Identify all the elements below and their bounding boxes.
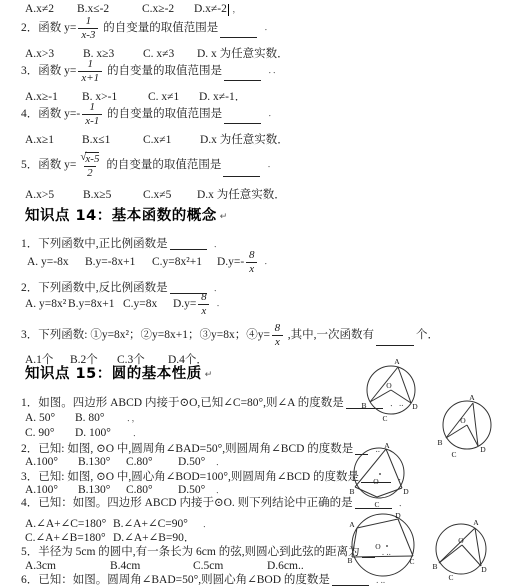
denominator: x-3 [78, 28, 98, 41]
text-segment: C.∠A+∠B=180° [25, 531, 106, 546]
text-run: D.x≠-2 [194, 3, 227, 16]
question-domain-3: 3．函数 y=1x+1 的自变量的取值范围是 ．． [0, 59, 515, 83]
text-segment: B.x≥5 [83, 188, 111, 203]
text-run: D.x 为任意实数． [197, 189, 286, 202]
fig-inscribed-central-angle-2: AOBCD [430, 393, 494, 461]
text-segment: D.x≠-2， [194, 2, 241, 17]
text-run: A. y=8x² [25, 298, 66, 311]
text-run: A. 50° [25, 412, 55, 425]
fraction: √x-52 [78, 152, 101, 179]
point-label-O: O [386, 381, 392, 390]
fraction: 1x+1 [78, 59, 102, 84]
text-segment: ． [130, 426, 142, 441]
text-run: 3．已知: 如图, ⊙O 中,圆心角∠BOD=100°,则圆周角∠BCD 的度数… [21, 471, 359, 484]
text-run: D.∠A+∠B=90． [113, 532, 195, 545]
point-label-A: A [384, 441, 390, 450]
text-segment: A.x≥1 [25, 133, 54, 148]
text-run: B.x≤1 [82, 134, 110, 147]
text-run: B.y=-8x+1 [85, 256, 135, 269]
question-basic-3: 3．下列函数: ①y=8x²；②y=8x+1；③y=8x；④y=8x ,其中,一… [0, 322, 515, 348]
question-domain-2: 2．函数 y=1x-3 的自变量的取值范围是 ． [0, 16, 515, 40]
chord-BC [352, 556, 413, 557]
text-segment: D.x 为任意实数． [200, 133, 289, 148]
text-segment: C.5cm [193, 559, 223, 574]
text-run: 知识点 15：圆的基本性质 [25, 367, 202, 383]
numerator: 8 [273, 323, 283, 335]
answer-blank [223, 165, 260, 177]
text-segment: A.x>5 [25, 188, 54, 203]
formatting-mark: ↵ [205, 370, 213, 380]
text-run: 的自变量的取值范围是 [104, 108, 222, 121]
fig-inscribed-central-angle-1: AOBCD [360, 355, 422, 423]
point-label-D: D [412, 402, 418, 411]
chord-AD [398, 367, 411, 403]
text-run: D.6cm.. [267, 560, 304, 573]
question-domain-5: 5．函数 y=√x-52 的自变量的取值范围是 ． [0, 151, 515, 179]
point-label-D: D [481, 565, 487, 574]
text-segment: B.4cm [110, 559, 140, 574]
text-segment: A. 50° [25, 411, 55, 426]
text-segment: ． [213, 455, 225, 470]
text-run: D.y= [173, 298, 196, 311]
text-segment: ．， [124, 411, 141, 426]
text-segment: ． [200, 517, 212, 532]
text-segment: C.x≠5 [143, 188, 171, 203]
text-run: ,其中,一次函数有 [285, 329, 374, 342]
text-run: A.∠A+∠C=180° [25, 518, 106, 531]
point-label-O: O [373, 477, 379, 486]
options-row-domain-q5: A.x>5B.x≥5C.x≠5D.x 为任意实数． [0, 188, 515, 203]
text-segment: C.y=8x [123, 292, 157, 316]
text-segment: 3．下列函数: ①y=8x²；②y=8x+1；③y=8x；④y=8x ,其中,一… [21, 322, 439, 348]
text-segment: A.∠A+∠C=180° [25, 517, 106, 532]
text-run: B.4cm [110, 560, 140, 573]
formatting-mark: ．． [266, 66, 282, 76]
text-segment: A. y=-8x [27, 250, 69, 274]
text-segment: C.x≥-2 [142, 2, 174, 17]
text-run: C.x≠5 [143, 189, 171, 202]
text-segment: A. y=8x² [25, 292, 66, 316]
answer-blank [170, 238, 207, 250]
fraction: 1x-1 [82, 102, 102, 127]
fig-inscribed-central-angle-3: AOBCD [430, 517, 494, 585]
formatting-mark: ．， [127, 414, 141, 424]
chord-OB [439, 545, 462, 563]
text-run: C.5cm [193, 560, 223, 573]
chord-AB [355, 449, 386, 487]
text-run: B. 80° [75, 412, 105, 425]
point-label-D: D [395, 511, 401, 520]
text-run: B.2个 [70, 354, 98, 367]
options-row-basic-1: A. y=-8xB.y=-8x+1C.y=8x²+1D.y=-8x ． [0, 250, 515, 274]
text-segment: 知识点 14：基本函数的概念↵ [25, 208, 228, 226]
numerator: √x-5 [78, 152, 101, 166]
text-run: B.y=8x+1 [68, 298, 115, 311]
text-run: C.80° [126, 484, 153, 497]
text-run: 3．下列函数: ①y=8x²；②y=8x+1；③y=8x；④y= [21, 329, 270, 342]
text-run: C.80° [126, 456, 153, 469]
text-run: A.x≠2 [25, 3, 54, 16]
formatting-mark: ． [216, 458, 225, 468]
fig-cyclic-quadrilateral-bc-chord: ADOBC [348, 512, 420, 580]
document-page[interactable]: A.x≠2B.x≤-2C.x≥-2D.x≠-2，2．函数 y=1x-3 的自变量… [0, 0, 515, 587]
point-label-B: B [437, 438, 442, 447]
text-run: A.x≥1 [25, 134, 54, 147]
point-label-B: B [432, 562, 437, 571]
text-run: D.y=- [217, 256, 244, 269]
text-segment: B.y=-8x+1 [85, 250, 135, 274]
text-run: C.y=8x²+1 [152, 256, 202, 269]
text-segment: B.∠A+∠C=90° [113, 517, 188, 532]
text-run: B.130° [78, 456, 110, 469]
denominator: x [272, 335, 283, 348]
text-run: C.y=8x [123, 298, 157, 311]
text-run: A.100° [25, 456, 58, 469]
text-run: A.x>5 [25, 189, 54, 202]
text-segment: B.x≤1 [82, 133, 110, 148]
text-segment: C.x≠1 [143, 133, 171, 148]
chord-DC [398, 519, 413, 556]
formatting-mark: ． [266, 109, 277, 119]
text-run: 4．函数 y=- [21, 108, 80, 121]
text-run: C. 90° [25, 427, 55, 440]
formatting-mark: ↵ [220, 212, 228, 222]
point-label-C: C [409, 557, 414, 566]
center-dot [379, 473, 381, 475]
text-run: C.x≠1 [143, 134, 171, 147]
text-run: A.1个 [25, 354, 53, 367]
text-run: 6．已知：如图。圆周角∠BAD=50°,则圆心角∠BOD 的度数是 [21, 574, 330, 587]
answer-blank [224, 69, 261, 81]
text-segment: D.6cm.. [267, 559, 304, 574]
text-run: B.∠A+∠C=90° [113, 518, 188, 531]
denominator: x [246, 262, 257, 275]
text-segment: 5．半径为 5cm 的圆中,有一条长为 6cm 的弦,则圆心到此弦的距离为 . … [21, 545, 391, 560]
text-run: 的自变量的取值范围是 [100, 22, 218, 35]
formatting-mark: ， [232, 5, 241, 15]
chord-BC [355, 487, 377, 497]
text-run: B.x≤-2 [77, 3, 109, 16]
text-segment: 6．已知：如图。圆周角∠BAD=50°,则圆心角∠BOD 的度数是 . .. [21, 573, 385, 587]
numerator: 1 [87, 102, 97, 114]
question-domain-4: 4．函数 y=-1x-1 的自变量的取值范围是 ． [0, 102, 515, 126]
options-row-domain-q1: A.x≠2B.x≤-2C.x≥-2D.x≠-2， [0, 2, 515, 17]
text-run: B.x≥5 [83, 189, 111, 202]
question-circle-4: 4．已知：如图。四边形 ABCD 内接于⊙O. 则下列结论中正确的是 ． [0, 496, 515, 511]
text-segment: B.y=8x+1 [68, 292, 115, 316]
chord-AD [473, 403, 478, 446]
text-run: 2．已知: 如图, ⊙O 中,圆周角∠BAD=50°,则圆周角∠BCD 的度数是 [21, 443, 353, 456]
formatting-mark: ． [212, 240, 223, 250]
point-label-B: B [349, 487, 354, 496]
numerator: 8 [247, 250, 257, 262]
point-label-A: A [349, 520, 355, 529]
formatting-mark: ． [262, 23, 273, 33]
point-label-A: A [473, 518, 479, 527]
heading-topic-14: 知识点 14：基本函数的概念↵ [0, 208, 515, 226]
text-run: 个． [416, 329, 439, 342]
text-segment: D.y=-8x ． [217, 250, 273, 274]
chord-OD [391, 390, 411, 403]
text-segment: 2．函数 y=1x-3 的自变量的取值范围是 ． [21, 16, 274, 40]
fraction: 8x [198, 292, 209, 317]
text-run: 4．已知：如图。四边形 ABCD 内接于⊙O. 则下列结论中正确的是 [21, 497, 353, 510]
point-label-D: D [480, 445, 486, 454]
text-run: 5．函数 y= [21, 159, 76, 172]
text-run: B.130° [78, 484, 110, 497]
text-segment: A.x≠2 [25, 2, 54, 17]
point-label-C: C [374, 500, 379, 509]
point-label-C: C [382, 414, 387, 423]
chord-BA [439, 528, 475, 563]
formatting-mark: ． [214, 299, 225, 309]
text-segment: B. 80° [75, 411, 105, 426]
text-segment: D.∠A+∠B=90． [113, 531, 195, 546]
text-run: 5．半径为 5cm 的圆中,有一条长为 6cm 的弦,则圆心到此弦的距离为 [21, 546, 360, 559]
formatting-mark: ． [203, 520, 212, 530]
text-segment: 知识点 15：圆的基本性质↵ [25, 366, 213, 384]
text-segment: 4．函数 y=-1x-1 的自变量的取值范围是 ． [21, 102, 277, 126]
numerator: 8 [199, 292, 209, 304]
fraction: 8x [246, 250, 257, 275]
text-run: 1．如图。四边形 ABCD 内接于⊙O,已知∠C=80°,则∠A 的度数是 [21, 397, 344, 410]
answer-blank [224, 112, 261, 124]
text-run: 3．函数 y= [21, 65, 76, 78]
chord-AD [357, 519, 398, 528]
text-run: 知识点 14：基本函数的概念 [25, 209, 217, 225]
text-run: 的自变量的取值范围是 [104, 65, 222, 78]
chord-OB [370, 390, 391, 402]
text-run: C.∠A+∠B=180° [25, 532, 106, 545]
answer-blank [376, 334, 414, 346]
text-segment: D.50° [178, 455, 205, 470]
text-run: 的自变量的取值范围是 [103, 159, 221, 172]
text-run: D.x 为任意实数． [200, 134, 289, 147]
text-segment: A.3cm [25, 559, 56, 574]
text-run: D.4个． [168, 354, 208, 367]
point-label-B: B [347, 556, 352, 565]
text-run: D.50° [178, 484, 205, 497]
point-label-C: C [451, 450, 456, 459]
text-segment: C.y=8x²+1 [152, 250, 202, 274]
text-run: C.x≥-2 [142, 3, 174, 16]
text-segment: C.80° [126, 455, 153, 470]
point-label-A: A [394, 357, 400, 366]
radicand: x-5 [85, 152, 99, 165]
point-label-A: A [469, 393, 475, 402]
fraction: 1x-3 [78, 16, 98, 41]
text-run: A. y=-8x [27, 256, 69, 269]
chord-AD [386, 449, 402, 488]
denominator: x [198, 304, 209, 317]
text-run: D. 100° [75, 427, 111, 440]
formatting-mark: ． [262, 257, 273, 267]
chord-OB [446, 425, 467, 438]
text-run: 2．函数 y= [21, 22, 76, 35]
text-segment: B.130° [78, 455, 110, 470]
text-segment: D.y=8x ． [173, 292, 226, 316]
text-run: C.3个 [117, 354, 145, 367]
text-cursor [228, 4, 230, 16]
point-label-O: O [375, 542, 381, 551]
text-segment: A.100° [25, 455, 58, 470]
text-segment: D. 100° [75, 426, 111, 441]
fraction: 8x [272, 323, 283, 348]
point-label-O: O [460, 416, 466, 425]
fig-cyclic-quadrilateral-abcd: AOBCD [350, 443, 412, 507]
formatting-mark: ． [265, 160, 276, 170]
point-label-C: C [448, 573, 453, 582]
denominator: x+1 [78, 71, 102, 84]
options-row-domain-q4: A.x≥1B.x≤1C.x≠1D.x 为任意实数． [0, 133, 515, 148]
numerator: 1 [84, 16, 94, 28]
answer-blank [220, 26, 257, 38]
text-segment: 1．如图。四边形 ABCD 内接于⊙O,已知∠C=80°,则∠A 的度数是 ．.… [21, 396, 403, 411]
text-segment: C. 90° [25, 426, 55, 441]
point-label-O: O [458, 536, 464, 545]
formatting-mark: ． [216, 486, 225, 496]
point-label-D: D [403, 487, 409, 496]
denominator: x-1 [82, 114, 102, 127]
numerator: 1 [86, 59, 96, 71]
point-label-B: B [361, 401, 366, 410]
text-run: A.100° [25, 484, 58, 497]
denominator: 2 [84, 166, 96, 179]
text-segment: D.x 为任意实数． [197, 188, 286, 203]
formatting-mark: ． [133, 429, 142, 439]
center-dot [386, 545, 388, 547]
circle-outline [352, 514, 414, 576]
text-segment: 3．函数 y=1x+1 的自变量的取值范围是 ．． [21, 59, 282, 83]
heading-topic-15: 知识点 15：圆的基本性质↵ [0, 366, 515, 384]
text-run: 1．下列函数中,正比例函数是 [21, 238, 168, 251]
text-segment: 5．函数 y=√x-52 的自变量的取值范围是 ． [21, 151, 277, 179]
text-run: D.50° [178, 456, 205, 469]
options-row-basic-2: A. y=8x²B.y=8x+1C.y=8xD.y=8x ． [0, 292, 515, 316]
text-run: A.3cm [25, 560, 56, 573]
